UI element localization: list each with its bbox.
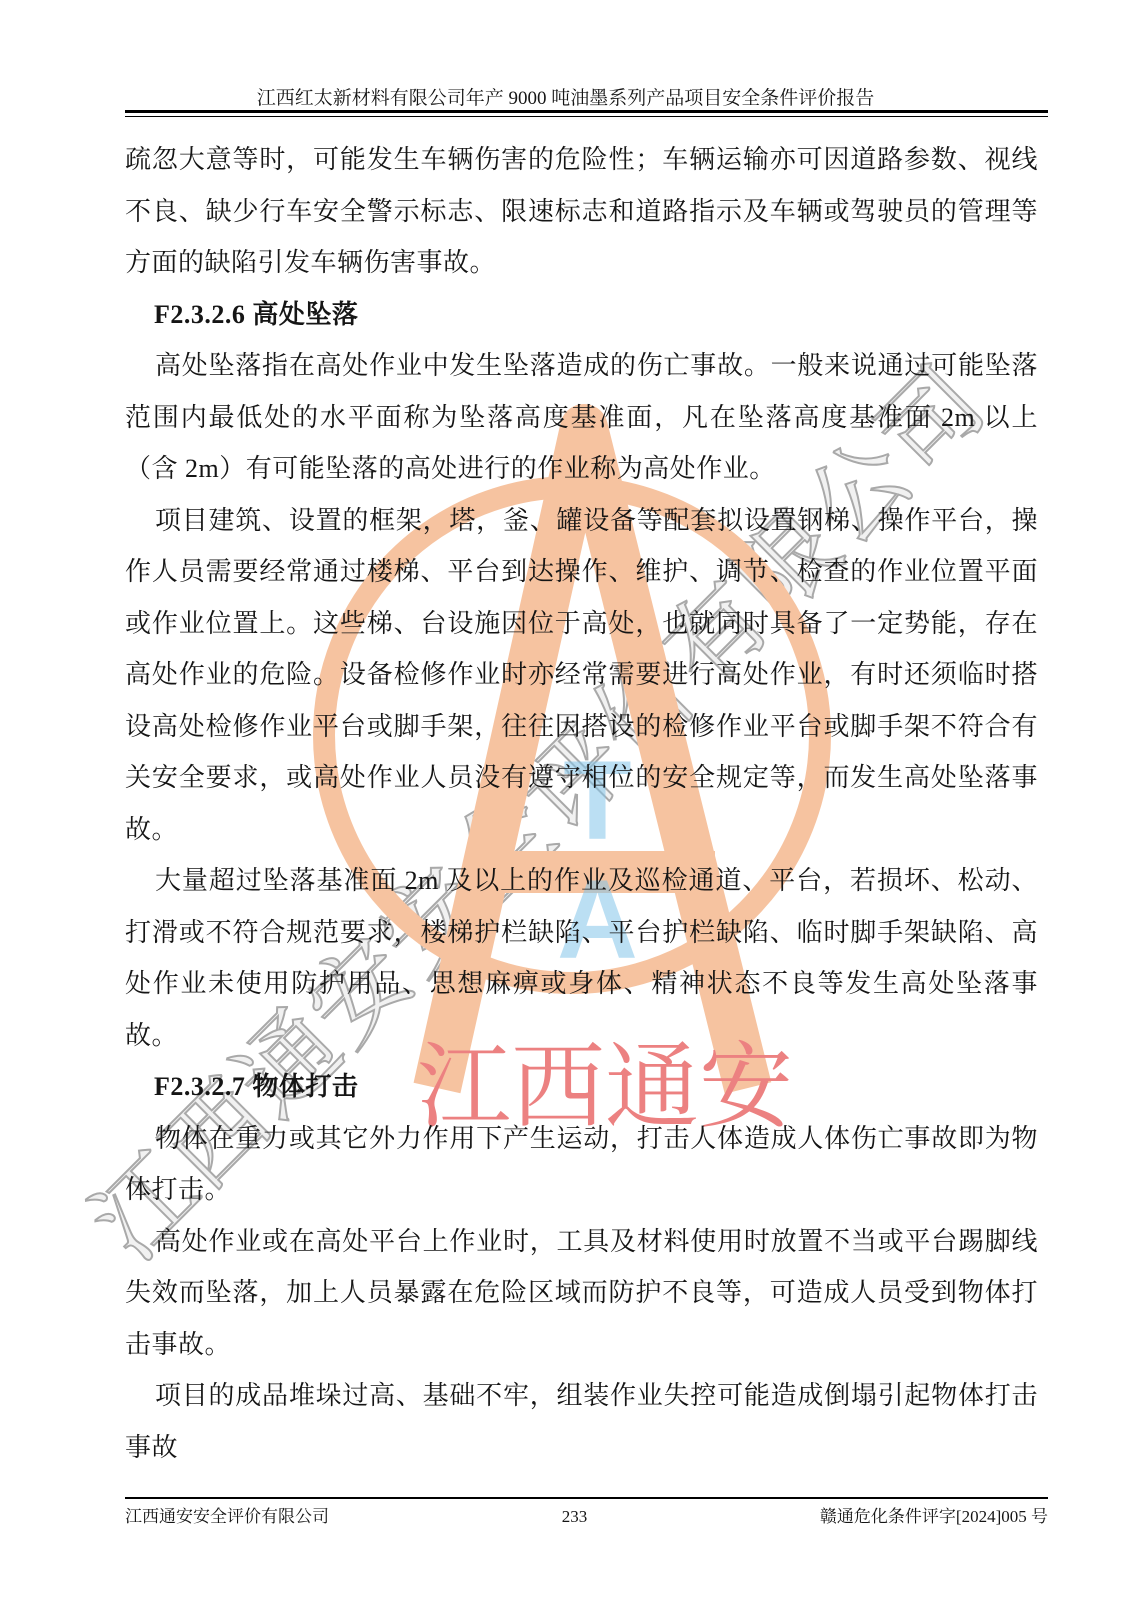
paragraph-vehicle-injury: 疏忽大意等时，可能发生车辆伤害的危险性；车辆运输亦可因道路参数、视线不良、缺少行… — [125, 134, 1038, 289]
paragraph-fall-causes: 大量超过坠落基准面 2m 及以上的作业及巡检通道、平台，若损坏、松动、打滑或不符… — [125, 855, 1038, 1061]
footer-rule — [125, 1497, 1048, 1499]
paragraph-fall-platforms: 项目建筑、设置的框架，塔，釜、罐设备等配套拟设置钢梯、操作平台，操作人员需要经常… — [125, 495, 1038, 856]
header-rule-thick — [125, 110, 1048, 113]
paragraph-object-strike-platform: 高处作业或在高处平台上作业时，工具及材料使用时放置不当或平台踢脚线失效而坠落，加… — [125, 1216, 1038, 1371]
document-page: 江西通安安全评价有限公司 TA 江西通安 江西红太新材料有限公司年产 9000 … — [0, 0, 1131, 1600]
paragraph-fall-definition: 高处坠落指在高处作业中发生坠落造成的伤亡事故。一般来说通过可能坠落范围内最低处的… — [125, 340, 1038, 495]
paragraph-object-strike-stacking: 项目的成品堆垛过高、基础不牢，组装作业失控可能造成倒塌引起物体打击事故 — [125, 1370, 1038, 1473]
page-header-title: 江西红太新材料有限公司年产 9000 吨油墨系列产品项目安全条件评价报告 — [0, 88, 1131, 110]
section-heading-f2326: F2.3.2.6 高处坠落 — [125, 289, 1038, 341]
header-rule-thin — [125, 116, 1048, 117]
section-heading-f2327: F2.3.2.7 物体打击 — [125, 1061, 1038, 1113]
footer-company: 江西通安安全评价有限公司 — [125, 1506, 329, 1528]
paragraph-object-strike-definition: 物体在重力或其它外力作用下产生运动，打击人体造成人体伤亡事故即为物体打击。 — [125, 1113, 1038, 1216]
footer-page-number: 233 — [562, 1506, 588, 1528]
document-body: 疏忽大意等时，可能发生车辆伤害的危险性；车辆运输亦可因道路参数、视线不良、缺少行… — [125, 134, 1038, 1473]
footer-doc-number: 赣通危化条件评字[2024]005 号 — [820, 1506, 1048, 1528]
page-footer: 江西通安安全评价有限公司 233 赣通危化条件评字[2024]005 号 — [125, 1506, 1048, 1528]
